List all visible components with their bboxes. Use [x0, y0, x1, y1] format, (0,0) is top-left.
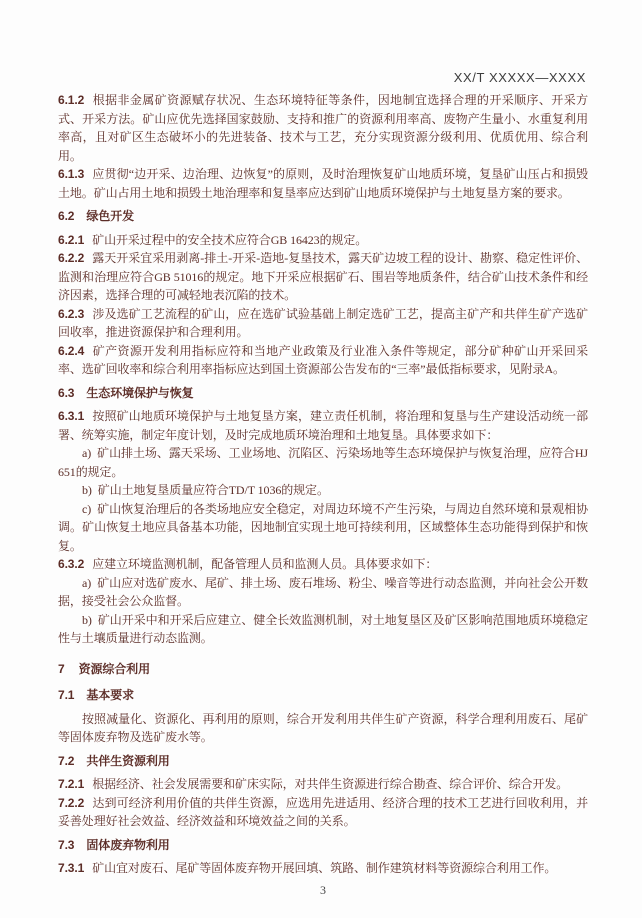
list-item-6-3-2-b: b)矿山开采中和开采后应建立、健全长效监测机制，对土地复垦区及矿区影响范围地质环… — [58, 611, 588, 648]
clause-6-2-1: 6.2.1矿山开采过程中的安全技术应符合GB 16423的规定。 — [58, 231, 588, 250]
standard-ref-header: XX/T XXXXX—XXXX — [454, 70, 586, 85]
section-heading-6-3: 6.3生态环境保护与恢复 — [58, 384, 588, 403]
clause-text: 达到可经济利用价值的共伴生资源，应选用先进适用、经济合理的技术工艺进行回收利用，… — [58, 796, 588, 829]
clause-text: 涉及选矿工艺流程的矿山，应在选矿试验基础上制定选矿工艺，提高主矿产和共伴生矿产选… — [58, 307, 588, 340]
clause-7-3-1: 7.3.1矿山宜对废石、尾矿等固体废弃物开展回填、筑路、制作建筑材料等资源综合利… — [58, 859, 588, 878]
list-item-6-3-1-a: a)矿山排土场、露天采场、工业场地、沉陷区、污染场地等生态环境保护与恢复治理，应… — [58, 444, 588, 481]
clause-number: 7.3.1 — [58, 861, 84, 875]
clause-text: 矿山宜对废石、尾矿等固体废弃物开展回填、筑路、制作建筑材料等资源综合利用工作。 — [92, 861, 556, 875]
clause-number: 7.2.2 — [58, 796, 84, 810]
clause-6-3-1: 6.3.1按照矿山地质环境保护与土地复垦方案，建立责任机制，将治理和复垦与生产建… — [58, 407, 588, 444]
section-number: 7.2 — [58, 754, 74, 768]
clause-text: 根据非金属矿资源赋存状况、生态环境特征等条件，因地制宜选择合理的开采顺序、开采方… — [58, 93, 588, 163]
section-title: 固体废弃物利用 — [86, 838, 169, 852]
clause-6-1-2: 6.1.2根据非金属矿资源赋存状况、生态环境特征等条件，因地制宜选择合理的开采顺… — [58, 91, 588, 165]
section-heading-7-2: 7.2共伴生资源利用 — [58, 752, 588, 771]
section-number: 6.3 — [58, 386, 74, 400]
clause-6-2-4: 6.2.4矿产资源开发利用指标应符和当地产业政策及行业准入条件等规定，部分矿种矿… — [58, 342, 588, 379]
clause-number: 6.3.1 — [58, 409, 84, 423]
page-number: 3 — [58, 881, 588, 900]
clause-text: 露天开采宜采用剥离-排土-开采-造地-复垦技术，露天矿边坡工程的设计、勘察、稳定… — [58, 251, 588, 302]
clause-text: 应贯彻“边开采、边治理、边恢复”的原则，及时治理恢复矿山地质环境，复垦矿山压占和… — [58, 167, 588, 200]
clause-number: 6.2.1 — [58, 233, 84, 247]
section-title: 共伴生资源利用 — [86, 754, 169, 768]
clause-6-2-2: 6.2.2露天开采宜采用剥离-排土-开采-造地-复垦技术，露天矿边坡工程的设计、… — [58, 249, 588, 305]
section-heading-7-3: 7.3固体废弃物利用 — [58, 836, 588, 855]
section-number: 6.2 — [58, 209, 74, 223]
clause-number: 6.2.2 — [58, 251, 84, 265]
list-item-6-3-1-b: b)矿山土地复垦质量应符合TD/T 1036的规定。 — [58, 481, 588, 500]
clause-number: 6.2.4 — [58, 344, 84, 358]
section-heading-7-1: 7.1基本要求 — [58, 686, 588, 705]
list-marker: c) — [82, 502, 91, 516]
section-title: 基本要求 — [86, 688, 134, 702]
paragraph-7-1: 按照减量化、资源化、再利用的原则，综合开发利用共伴生矿产资源，科学合理利用废石、… — [58, 710, 588, 747]
clause-number: 6.1.2 — [58, 93, 84, 107]
clause-number: 6.2.3 — [58, 307, 84, 321]
clause-7-2-2: 7.2.2达到可经济利用价值的共伴生资源，应选用先进适用、经济合理的技术工艺进行… — [58, 794, 588, 831]
clause-6-1-3: 6.1.3应贯彻“边开采、边治理、边恢复”的原则，及时治理恢复矿山地质环境，复垦… — [58, 165, 588, 202]
chapter-heading-7: 7资源综合利用 — [58, 660, 588, 679]
section-number: 7.1 — [58, 688, 74, 702]
list-item-text: 矿山应对选矿废水、尾矿、排土场、废石堆场、粉尘、噪音等进行动态监测，并向社会公开… — [58, 576, 588, 609]
clause-text: 矿产资源开发利用指标应符和当地产业政策及行业准入条件等规定，部分矿种矿山开采回采… — [58, 344, 588, 377]
list-marker: a) — [82, 576, 91, 590]
list-item-text: 矿山开采中和开采后应建立、健全长效监测机制，对土地复垦区及矿区影响范围地质环境稳… — [58, 613, 588, 646]
clause-number: 6.3.2 — [58, 557, 84, 571]
section-title: 绿色开发 — [86, 209, 134, 223]
list-item-text: 矿山恢复治理后的各类场地应安全稳定，对周边环境不产生污染，与周边自然环境和景观相… — [58, 502, 588, 553]
list-marker: b) — [82, 613, 92, 627]
chapter-number: 7 — [58, 662, 65, 676]
clause-text: 根据经济、社会发展需要和矿床实际，对共伴生资源进行综合勘查、综合评价、综合开发。 — [92, 777, 568, 791]
list-item-text: 矿山土地复垦质量应符合TD/T 1036的规定。 — [98, 483, 329, 497]
chapter-title: 资源综合利用 — [79, 662, 150, 676]
list-marker: b) — [82, 483, 92, 497]
section-heading-6-2: 6.2绿色开发 — [58, 207, 588, 226]
clause-text: 按照矿山地质环境保护与土地复垦方案，建立责任机制，将治理和复垦与生产建设活动统一… — [58, 409, 588, 442]
clause-6-3-2: 6.3.2应建立环境监测机制，配备管理人员和监测人员。具体要求如下： — [58, 555, 588, 574]
clause-7-2-1: 7.2.1根据经济、社会发展需要和矿床实际，对共伴生资源进行综合勘查、综合评价、… — [58, 775, 588, 794]
clause-number: 6.1.3 — [58, 167, 84, 181]
list-item-6-3-2-a: a)矿山应对选矿废水、尾矿、排土场、废石堆场、粉尘、噪音等进行动态监测，并向社会… — [58, 574, 588, 611]
clause-text: 应建立环境监测机制，配备管理人员和监测人员。具体要求如下： — [92, 557, 437, 571]
document-page: XX/T XXXXX—XXXX 6.1.2根据非金属矿资源赋存状况、生态环境特征… — [0, 0, 642, 918]
section-number: 7.3 — [58, 838, 74, 852]
section-title: 生态环境保护与恢复 — [86, 386, 193, 400]
list-item-text: 矿山排土场、露天采场、工业场地、沉陷区、污染场地等生态环境保护与恢复治理，应符合… — [58, 446, 588, 479]
list-marker: a) — [82, 446, 91, 460]
list-item-6-3-1-c: c)矿山恢复治理后的各类场地应安全稳定，对周边环境不产生污染，与周边自然环境和景… — [58, 500, 588, 556]
clause-number: 7.2.1 — [58, 777, 84, 791]
document-body: 6.1.2根据非金属矿资源赋存状况、生态环境特征等条件，因地制宜选择合理的开采顺… — [58, 91, 588, 899]
clause-6-2-3: 6.2.3涉及选矿工艺流程的矿山，应在选矿试验基础上制定选矿工艺，提高主矿产和共… — [58, 305, 588, 342]
clause-text: 矿山开采过程中的安全技术应符合GB 16423的规定。 — [92, 233, 367, 247]
